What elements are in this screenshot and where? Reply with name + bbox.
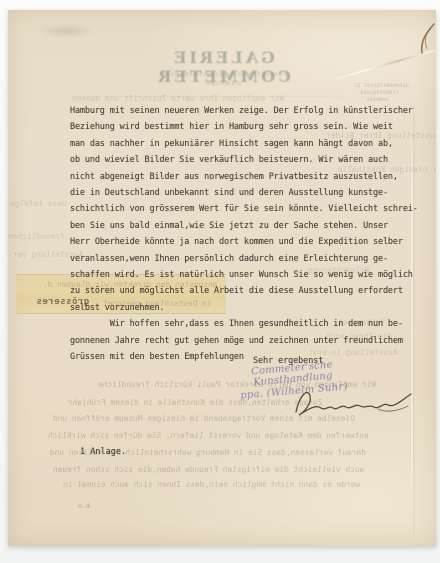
letter-line: ben Sie uns bald einmal,wie Sie jetzt zu… xyxy=(70,218,422,234)
letter-body: Hamburg mit seinen neueren Werken zeige.… xyxy=(70,103,422,366)
bleedthrough-line: Zusage erhalten,dass die Kunsthalle in d… xyxy=(68,398,323,407)
faint-corner-mark: n.d xyxy=(78,502,90,510)
bleedthrough-line: dass infolge xyxy=(10,199,67,208)
ink-mark-top-right xyxy=(406,22,436,58)
bleedthrough-line: entwerfen dem Kataloge und vorerst liefe… xyxy=(48,431,369,440)
letter-line: zu stören und möglichst alle Arbeit die … xyxy=(70,283,422,299)
handwritten-signature: A. Oberheide xyxy=(290,382,418,424)
bleedthrough-line: freundlichem xyxy=(8,232,65,241)
letter-line: nicht abgeneigt Bilder aus norwegischem … xyxy=(70,169,422,185)
letterhead-ghost-address-2: FERNSPRECHER xyxy=(360,91,399,96)
letter-paper: GALERIE COMMETER COMMETER'SCHE KUNSTHAND… xyxy=(8,10,436,546)
letter-line: Herr Oberheide könnte ja nach dort komme… xyxy=(70,234,422,250)
enclosure-note: 1 Anlage. xyxy=(80,447,126,457)
letter-line: schichtlich von grösserem Wert für Sie s… xyxy=(70,201,422,217)
letter-line-on-tape: selbst vorzunehmen. xyxy=(70,300,422,316)
letter-line: ob und wieviel Bilder Sie verkäuflich be… xyxy=(70,152,422,168)
letter-line: die in Deutschland unbekannt sind und de… xyxy=(70,185,422,201)
letter-line: veranlassen,wenn Ihnen persönlich dadurc… xyxy=(70,251,422,267)
letterhead-ghost-subtitle: COMMETER'SCHE KUNSTHANDLUNG xyxy=(103,72,343,78)
bleedthrough-line: werde es dann nicht möglich sein,dass Ih… xyxy=(63,480,360,489)
letter-line: man das nachher in pekuniärer Hinsicht s… xyxy=(70,136,422,152)
letter-line: Wir hoffen sehr,dass es Ihnen gesundheit… xyxy=(70,316,422,332)
letterhead-ghost-address-1: HERMANNSTRASSE 37 xyxy=(354,84,409,89)
letter-line: schaffen wird. Es ist natürlich unser Wu… xyxy=(70,267,422,283)
scanned-letter-page: GALERIE COMMETER COMMETER'SCHE KUNSTHAND… xyxy=(0,0,440,563)
bleedthrough-line: auch vielleicht die eifrigsten Freunde h… xyxy=(53,465,364,474)
letter-line: Hamburg mit seinen neueren Werken zeige.… xyxy=(70,103,422,119)
bleedthrough-line: Wir empfingen Ihre werte Zuschrift und d… xyxy=(72,94,284,103)
letter-line: Beziehung wird bestimmt hier in Hamburg … xyxy=(70,119,422,135)
letterhead-ghost-city: HAMBURG xyxy=(103,81,343,87)
letter-line: gonnenen Jahre recht gut gehen möge und … xyxy=(70,333,422,349)
pencil-smudge xyxy=(36,24,96,38)
